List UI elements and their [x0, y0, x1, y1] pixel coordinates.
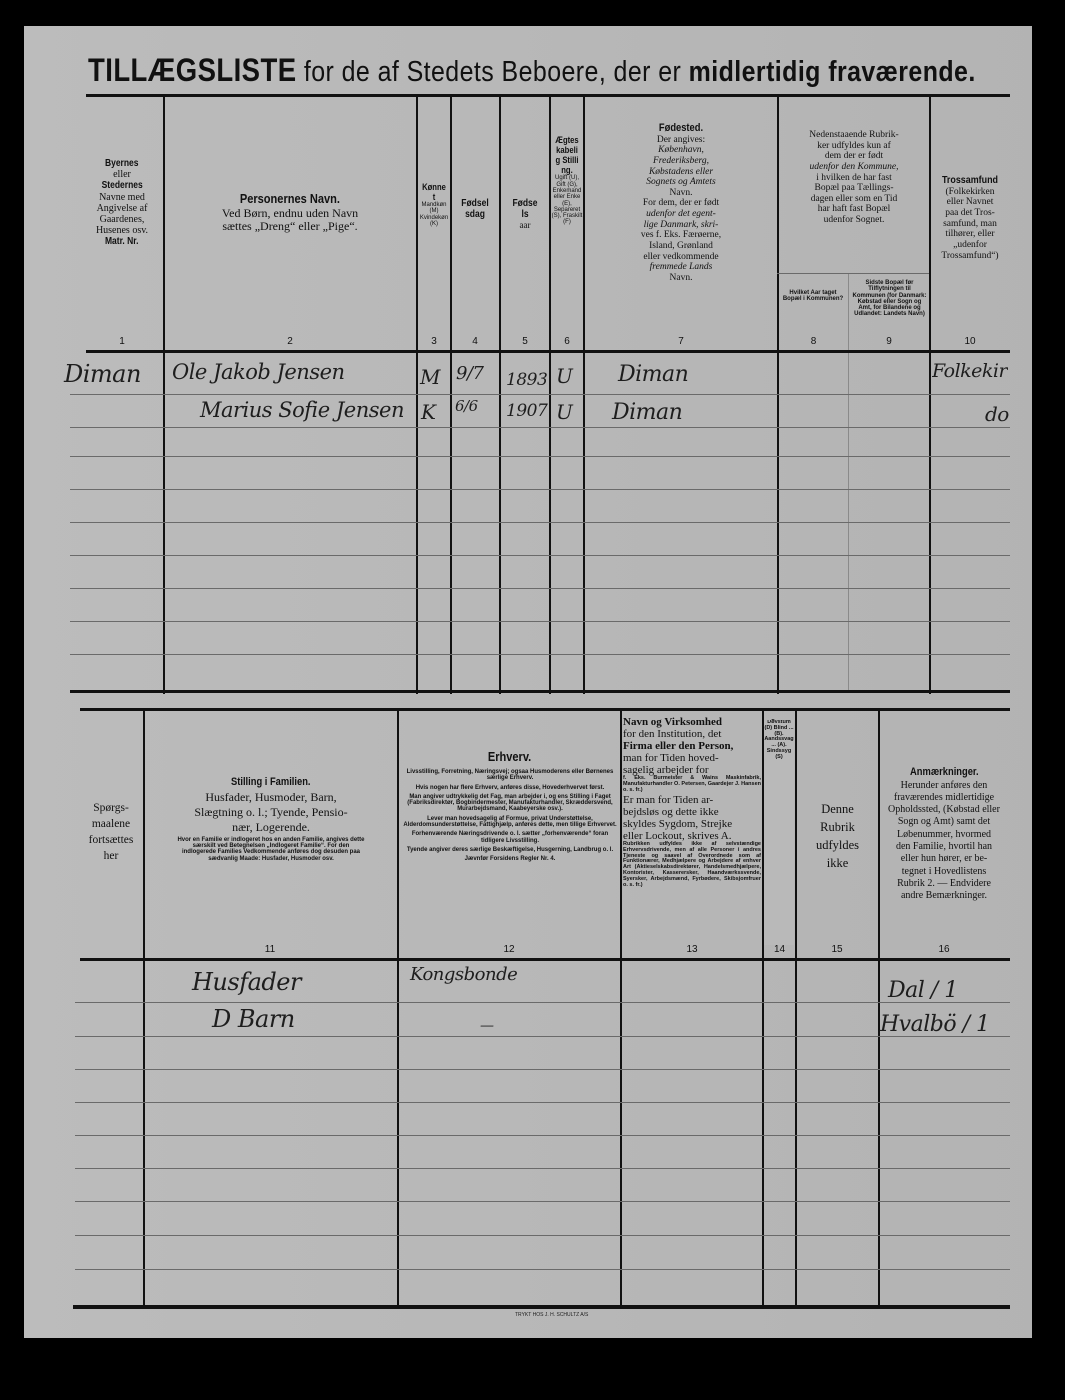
bottom-table-bottom-rule	[73, 1305, 1010, 1309]
col-divider	[397, 711, 399, 1309]
col8-9-group-header: Nedenstaaende Rubrik- ker udfyldes kun a…	[779, 130, 929, 226]
row-line	[70, 427, 1010, 428]
col-number: 7	[585, 336, 777, 347]
row-line	[75, 1201, 1010, 1202]
title-mid: for de af Stedets Beboere, der er	[296, 56, 688, 88]
row-line	[75, 1235, 1010, 1236]
col11-header: Stilling i Familien. Husfader, Husmoder,…	[147, 774, 395, 862]
col4-header: Fødselsdag	[452, 198, 498, 220]
col12-header: Erhverv. Livsstilling, Forretning, Nærin…	[403, 748, 617, 862]
cell-marital: U	[556, 400, 572, 424]
cell-birthplace: Diman	[612, 400, 682, 425]
row-line	[70, 588, 1010, 589]
row-line	[70, 654, 1010, 655]
cell-birthday: 6/6	[455, 397, 478, 415]
cell-occupation: —	[480, 1018, 494, 1034]
bottom-header-rule	[80, 958, 1010, 961]
col-divider	[450, 97, 452, 694]
col-number: 13	[622, 944, 762, 955]
row-line	[75, 1269, 1010, 1270]
header-rule	[86, 350, 1010, 353]
cell-sex: K	[421, 400, 435, 424]
col-number: 6	[551, 336, 583, 347]
cell-religion: do	[985, 402, 1009, 426]
col-number: 1	[82, 336, 162, 347]
title-rule	[86, 94, 1010, 97]
cell-family-position: Husfader	[192, 968, 301, 996]
row-line	[75, 1102, 1010, 1103]
col-number: 5	[501, 336, 549, 347]
col16-header: Anmærkninger. Herunder anføres den fravæ…	[881, 766, 1007, 902]
row-line	[75, 1036, 1010, 1037]
title-emphasis: midlertidig fraværende.	[689, 56, 976, 88]
col-number: 8	[779, 336, 848, 347]
cell-sex: M	[420, 365, 440, 389]
cell-family-position: D Barn	[212, 1005, 295, 1033]
col-number: 12	[399, 944, 619, 955]
row-line	[70, 621, 1010, 622]
row-line	[75, 1168, 1010, 1169]
row-line	[75, 1069, 1010, 1070]
col-divider	[163, 97, 165, 694]
cell-place: Diman	[64, 360, 141, 388]
col-number: 16	[880, 944, 1008, 955]
col6-header: Ægteskabelig Stilling. Ugift (U), Gift (…	[551, 135, 583, 226]
col15-header: Denne Rubrik udfyldes ikke	[798, 800, 877, 873]
row-line	[70, 555, 1010, 556]
col13-header: Navn og Virksomhed for den Institution, …	[623, 716, 761, 888]
col-number: 4	[452, 336, 498, 347]
cell-occupation: Kongsbonde	[410, 964, 517, 985]
row-line	[70, 394, 1010, 395]
cell-name: Ole Jakob Jensen	[172, 360, 345, 384]
form-title: TILLÆGSLISTE for de af Stedets Beboere, …	[88, 52, 905, 92]
col-divider	[499, 97, 501, 694]
col-number: 2	[165, 336, 415, 347]
cell-birthplace: Diman	[618, 362, 688, 387]
continued-questions-label: Spørgs- maalene fortsættes her	[80, 800, 142, 864]
col-number: 9	[849, 336, 929, 347]
cell-name: Marius Sofie Jensen	[200, 398, 404, 422]
cell-birth-year: 1907	[506, 401, 547, 421]
col-divider	[795, 711, 797, 1309]
col-number: 14	[764, 944, 795, 955]
cell-birth-year: 1893	[506, 370, 547, 390]
bottom-table-top-rule	[80, 708, 1010, 711]
col8-header: Hvilket Aar taget Bopæl i Kommunen?	[781, 290, 845, 303]
row-line	[75, 1002, 1010, 1003]
col3-header: Kønnet Mandkøn (M) Kvindekøn (K)	[418, 182, 450, 227]
col-divider	[878, 711, 880, 1309]
col9-header: Sidste Bopæl før Tilflytningen til Kommu…	[851, 280, 928, 318]
col2-header: Personernes Navn. Ved Børn, endnu uden N…	[166, 192, 414, 233]
row-line	[75, 1135, 1010, 1136]
cell-birthday: 9/7	[456, 363, 483, 384]
subheader-rule	[777, 273, 929, 274]
title-main: TILLÆGSLISTE	[88, 52, 296, 88]
col-divider	[620, 711, 622, 1309]
cell-religion: Folkekirken	[932, 360, 1008, 382]
row-line	[70, 489, 1010, 490]
col7-header: Fødested. Der angives: København, Freder…	[585, 122, 777, 283]
cell-remarks: Hvalbö / 1	[880, 1012, 990, 1037]
col-divider	[143, 711, 145, 1309]
col-number: 3	[418, 336, 450, 347]
printer-imprint: TRYKT HOS J. H. SCHULTZ A/S	[515, 1312, 588, 1318]
col5-header: Fødsels aar	[501, 198, 549, 232]
col-divider	[929, 97, 931, 694]
col1-header: Byernes eller Stedernes Navne med Angive…	[82, 158, 162, 248]
col10-header: Trossamfund (Folkekirken eller Navnet pa…	[932, 175, 1008, 261]
col14-header: Døvstum (D) Blind ... (B). Aandssvag ...…	[764, 720, 794, 945]
col-number: 11	[145, 944, 395, 955]
cell-remarks: Dal / 1	[888, 978, 958, 1003]
row-line	[70, 456, 1010, 457]
top-table-bottom-rule	[70, 690, 1010, 693]
row-line	[70, 522, 1010, 523]
col-number: 15	[797, 944, 877, 955]
col-number: 10	[931, 336, 1009, 347]
cell-marital: U	[556, 364, 572, 388]
